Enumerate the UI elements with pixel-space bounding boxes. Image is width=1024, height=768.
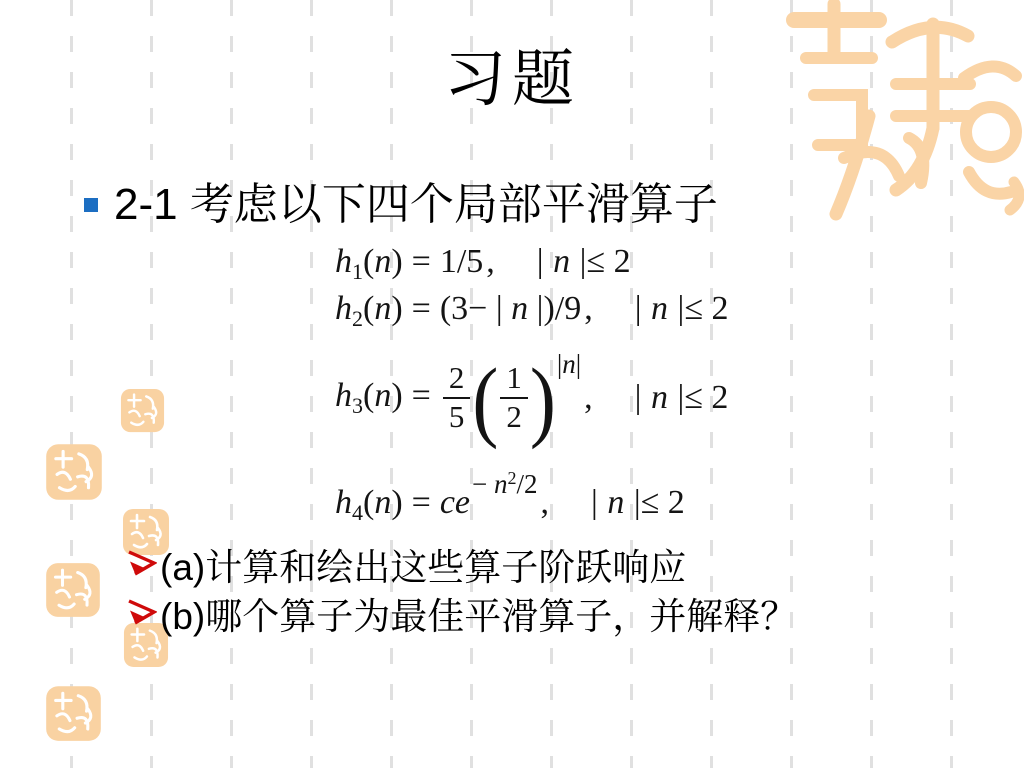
seal-stamp [45,685,102,747]
bullet-number: 2-1 [114,180,190,229]
sub-item-label: (b) [160,596,205,637]
sub-item-b: (b)哪个算子为最佳平滑算子，并解释？ [160,594,797,640]
sub-item-text: 计算和绘出这些算子阶跃响应 [205,547,686,588]
formula-h2: h2(n)=(3− | n |)/9,| n |≤ 2 [335,290,729,332]
seal-stamp [45,562,101,623]
bullet-text: 考虑以下四个局部平滑算子 [190,180,718,229]
sub-item-label: (a) [160,547,205,588]
fraction: 12 [500,361,528,434]
formula-h1: h1(n)=1/5,| n |≤ 2 [335,243,631,285]
fraction: 25 [443,361,471,434]
formula-h3: h3(n)= 25 ( 12 ) |n| , | n |≤ 2 [335,348,728,448]
slide-background: 习题 2-1 考虑以下四个局部平滑算子 h1(n)=1/5,| n |≤ 2 h… [0,0,1024,768]
seal-stamp [45,443,103,506]
arrow-bullet-icon [126,599,157,625]
slide-title: 习题 [0,46,1024,114]
seal-stamp [120,388,165,438]
bullet-square-marker [84,198,98,212]
bullet-item: 2-1 考虑以下四个局部平滑算子 [114,180,718,230]
sub-item-a: (a)计算和绘出这些算子阶跃响应 [160,545,686,591]
formula-h4: h4(n)=ce− n2/2,| n |≤ 2 [335,484,685,526]
arrow-bullet-icon [126,550,157,576]
sub-item-text: 哪个算子为最佳平滑算子，并解释？ [205,596,797,637]
